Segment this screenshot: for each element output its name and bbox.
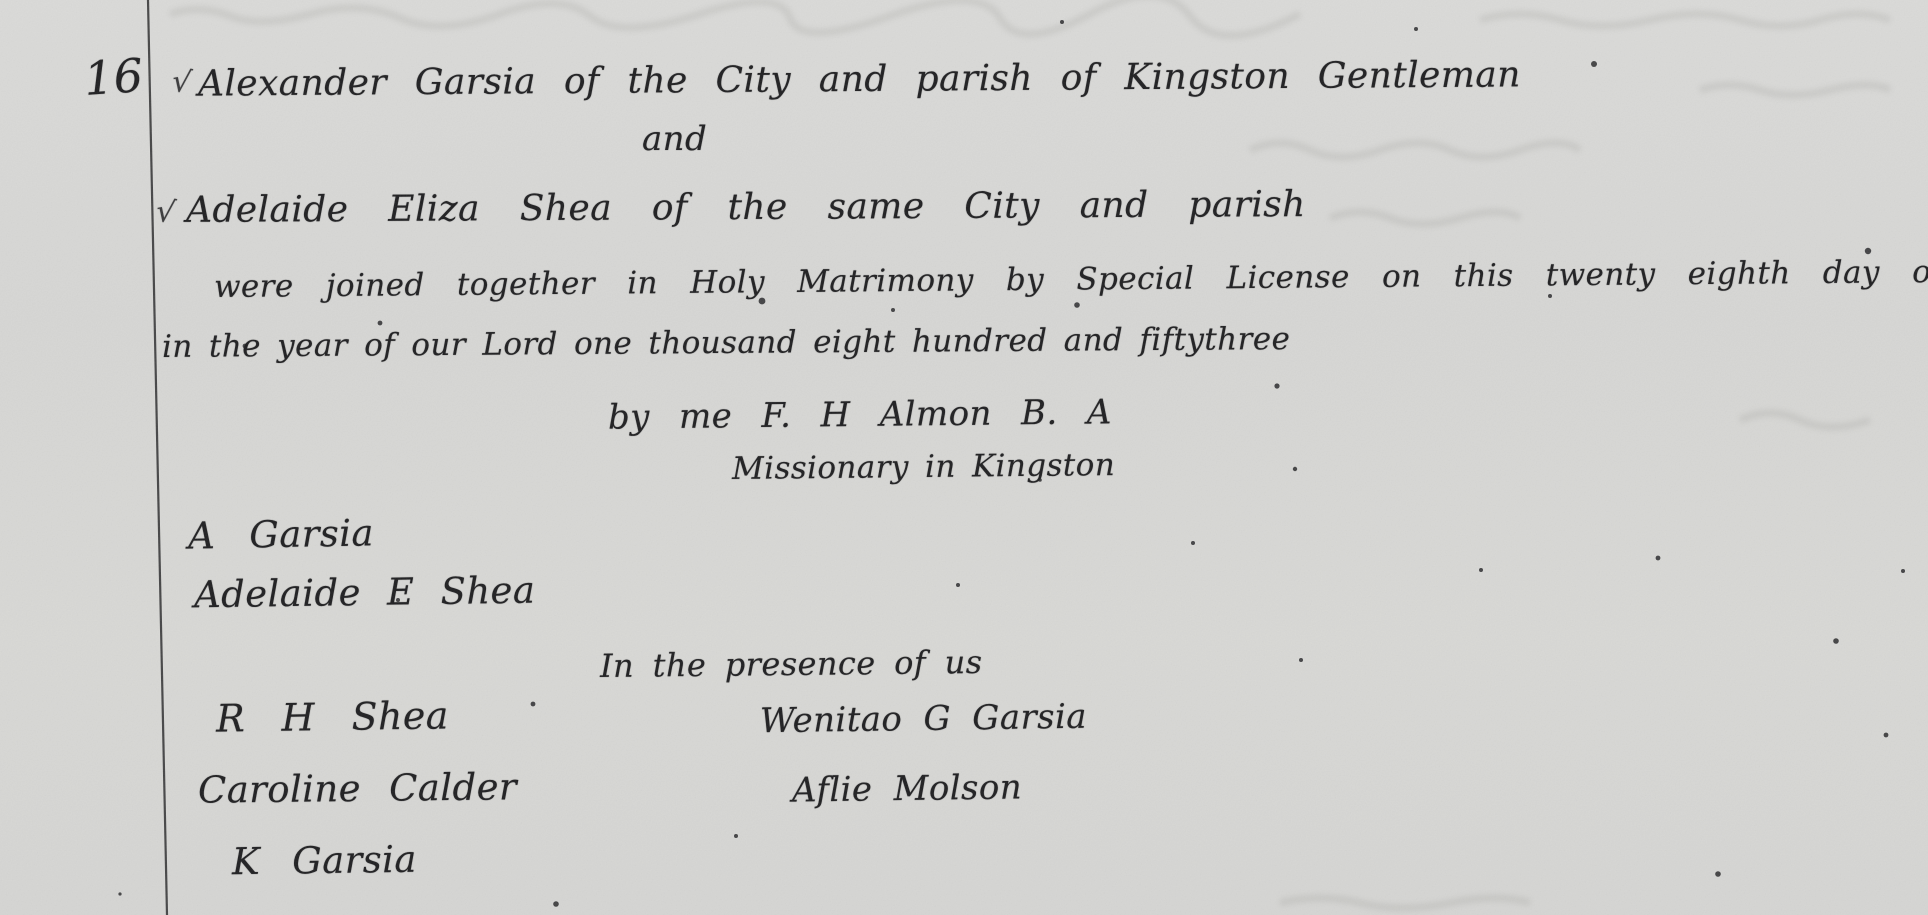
- groom-name-line: Alexander Garsia of the City and parish …: [198, 57, 1521, 102]
- marriage-register-page: 16 √ Alexander Garsia of the City and pa…: [0, 0, 1928, 915]
- bride-signature: Adelaide E Shea: [194, 572, 536, 614]
- groom-signature: A Garsia: [188, 514, 374, 554]
- officiant-title-line: Missionary in Kingston: [732, 450, 1115, 485]
- year-line: in the year of our Lord one thousand eig…: [162, 324, 1290, 363]
- witness-signature-r-h-shea: R H Shea: [216, 696, 449, 737]
- groom-checkmark: √: [170, 67, 194, 99]
- entry-number: 16: [82, 52, 144, 102]
- officiant-line: by me F. H Almon B. A: [608, 395, 1112, 434]
- witness-signature-caroline-calder: Caroline Calder: [198, 768, 517, 808]
- witness-signature-wenitao-garsia: Wenitao G Garsia: [760, 700, 1087, 739]
- conjunction-and: and: [642, 122, 707, 156]
- bride-name-line: Adelaide Eliza Shea of the same City and…: [186, 187, 1306, 229]
- ceremony-line: were joined together in Holy Matrimony b…: [214, 256, 1928, 303]
- bride-checkmark: √: [154, 197, 178, 229]
- presence-heading: In the presence of us: [600, 646, 983, 682]
- margin-rule-line: [148, 0, 167, 915]
- witness-signature-aflie-molson: Aflie Molson: [792, 770, 1022, 807]
- witness-signature-k-garsia: K Garsia: [232, 841, 417, 881]
